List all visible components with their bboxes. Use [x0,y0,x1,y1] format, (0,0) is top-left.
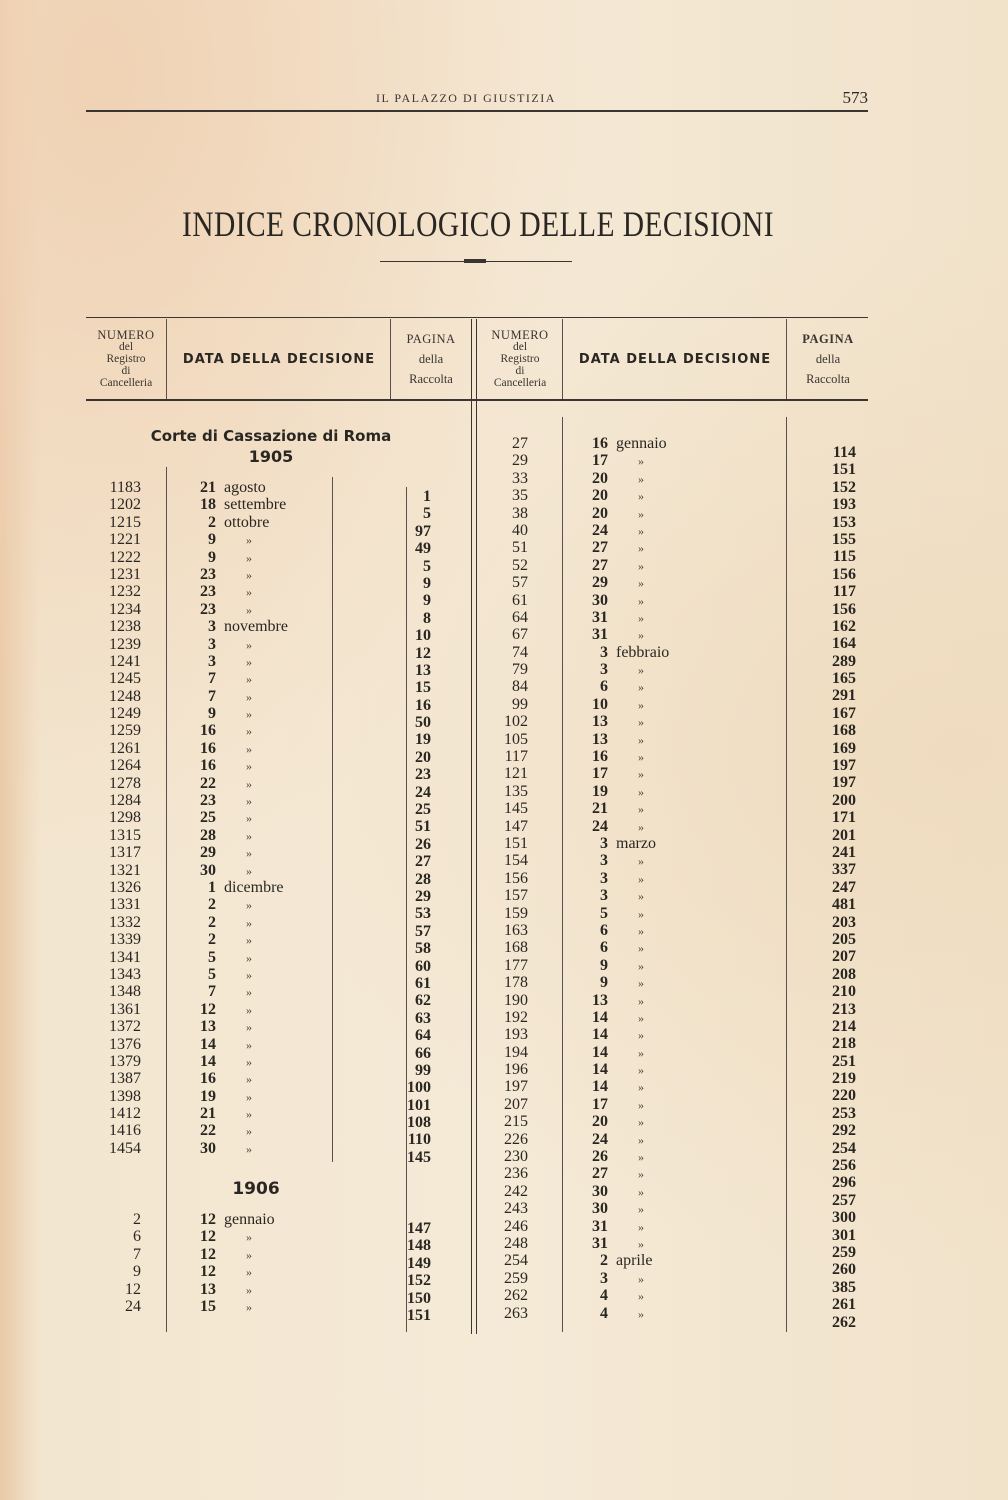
ditto-mark: » [234,550,264,567]
decision-day: 3 [578,835,608,852]
chronological-index-table: NUMERO del Registro di Cancelleria DATA … [86,317,868,1337]
table-row: 24230»257 [478,1183,868,1200]
decision-date: 2» [186,931,264,949]
decision-day: 30 [186,862,216,879]
ditto-mark: » [234,584,264,601]
decision-day: 19 [186,1088,216,1105]
table-row: 120218settembre5 [86,496,461,513]
decision-date: 20» [578,1113,656,1131]
table-row: 19614»219 [478,1061,868,1078]
table-row: 19214»214 [478,1009,868,1026]
decision-day: 24 [578,818,608,835]
decision-day: 21 [186,1105,216,1122]
registro-number: 6 [86,1228,141,1245]
table-row: 612»148 [86,1228,461,1245]
decision-date: 6» [578,939,656,957]
ditto-mark: » [234,828,264,845]
decision-date: 16» [186,1070,264,1088]
table-row: 24631»301 [478,1218,868,1235]
registro-number: 40 [478,522,528,539]
decision-day: 31 [578,609,608,626]
decision-month: dicembre [224,879,284,896]
registro-number: 215 [478,1113,528,1130]
column-rule [390,319,391,399]
decision-day: 6 [578,939,608,956]
table-row: 123423»8 [86,601,461,618]
table-row: 137614»66 [86,1036,461,1053]
decision-date: 26» [578,1148,656,1166]
registro-number: 259 [478,1270,528,1287]
registro-number: 197 [478,1078,528,1095]
decision-day: 14 [578,1026,608,1043]
registro-number: 246 [478,1218,528,1235]
decision-date: 12» [186,1228,264,1246]
decision-date: 31» [578,1218,656,1236]
table-row: 23026»256 [478,1148,868,1165]
registro-number: 1339 [86,931,141,948]
table-row: 24831»259 [478,1235,868,1252]
decision-day: 10 [578,696,608,713]
registro-number: 168 [478,939,528,956]
ditto-mark: » [234,532,264,549]
ditto-mark: » [234,567,264,584]
registro-number: 79 [478,661,528,678]
decision-day: 4 [578,1287,608,1304]
decision-date: 25» [186,809,264,827]
ditto-mark: » [626,1166,656,1183]
decision-day: 23 [186,601,216,618]
registro-number: 1249 [86,705,141,722]
ditto-mark: » [234,1037,264,1054]
ditto-mark: » [234,1282,264,1299]
registro-number: 2 [86,1211,141,1228]
decision-day: 31 [578,1235,608,1252]
decision-date: 23» [186,566,264,584]
decision-date: 14» [186,1036,264,1054]
decision-date: 24» [578,1131,656,1149]
decision-day: 30 [578,1200,608,1217]
table-row: 3820»153 [478,505,868,522]
ditto-mark: » [626,784,656,801]
decision-date: 30» [186,862,264,880]
right-1906-entries: 2716gennaio1142917»1513320»1523520»19338… [478,435,868,1322]
registro-number: 7 [86,1246,141,1263]
left-1906-entries: 212gennaio147612»148712»149912»1521213»1… [86,1211,461,1315]
decision-date: 13» [578,731,656,749]
decision-date: 9» [578,974,656,992]
registro-number: 1387 [86,1070,141,1087]
header-data-left: DATA DELLA DECISIONE [168,321,390,397]
column-rule [562,319,563,399]
decision-day: 27 [578,539,608,556]
ditto-mark: » [234,637,264,654]
decision-date: 23» [186,792,264,810]
ditto-mark: » [234,1106,264,1123]
table-row: 1636»205 [478,922,868,939]
ditto-mark: » [234,1264,264,1281]
ditto-mark: » [626,1132,656,1149]
table-row: 2634»262 [478,1305,868,1322]
decision-date: 6» [578,678,656,696]
decision-day: 9 [578,957,608,974]
decision-month: novembre [224,618,288,635]
registro-number: 1215 [86,514,141,531]
ditto-mark: » [626,940,656,957]
decision-date: 27» [578,557,656,575]
decision-date: 17» [578,765,656,783]
decision-day: 6 [578,678,608,695]
decision-date: 27» [578,1165,656,1183]
registro-number: 1259 [86,722,141,739]
ditto-mark: » [626,506,656,523]
ditto-mark: » [234,741,264,758]
registro-number: 1298 [86,809,141,826]
registro-number: 207 [478,1096,528,1113]
decision-date: 3marzo [578,835,656,852]
decision-date: 16» [578,748,656,766]
decision-date: 12gennaio [186,1211,275,1228]
registro-number: 61 [478,592,528,609]
table-row: 2542aprile260 [478,1252,868,1269]
decision-date: 29» [578,574,656,592]
registro-number: 74 [478,644,528,661]
decision-date: 13» [186,1281,264,1299]
decision-date: 17» [578,452,656,470]
table-row: 6130»156 [478,592,868,609]
decision-day: 31 [578,1218,608,1235]
decision-date: 21agosto [186,479,266,496]
header-pagina-label: PAGINA [802,329,853,349]
court-heading: Corte di Cassazione di Roma [126,427,416,445]
table-row: 2624»261 [478,1287,868,1304]
decision-date: 14» [578,1061,656,1079]
registro-number: 12 [86,1281,141,1298]
registro-number: 1317 [86,844,141,861]
decision-month: aprile [616,1252,652,1269]
table-row: 10513»169 [478,731,868,748]
decision-date: 14» [578,1009,656,1027]
decision-date: 16» [186,740,264,758]
registro-number: 135 [478,783,528,800]
registro-number: 99 [478,696,528,713]
decision-month: ottobre [224,514,269,531]
decision-day: 31 [578,626,608,643]
decision-day: 14 [578,1061,608,1078]
decision-day: 1 [186,879,216,896]
table-row: 13392»58 [86,931,461,948]
registro-number: 52 [478,557,528,574]
decision-day: 26 [578,1148,608,1165]
table-row: 126416»23 [86,757,461,774]
registro-number: 248 [478,1235,528,1252]
decision-date: 28» [186,827,264,845]
title-ornament-divider [380,261,572,262]
registro-number: 1278 [86,775,141,792]
registro-number: 242 [478,1183,528,1200]
decision-day: 16 [186,757,216,774]
registro-number: 1332 [86,914,141,931]
decision-day: 14 [578,1044,608,1061]
table-row: 712»149 [86,1246,461,1263]
ditto-mark: » [626,1062,656,1079]
registro-number: 177 [478,957,528,974]
registro-number: 117 [478,748,528,765]
decision-date: 7» [186,688,264,706]
table-row: 125916»19 [86,722,461,739]
table-row: 743febbraio289 [478,644,868,661]
decision-date: 18settembre [186,496,286,513]
table-row: 5729»117 [478,574,868,591]
year-heading-1906: 1906 [186,1179,326,1199]
decision-date: 12» [186,1263,264,1281]
ditto-mark: » [626,714,656,731]
ditto-mark: » [626,1288,656,1305]
decision-day: 4 [578,1305,608,1322]
table-row: 1779»208 [478,957,868,974]
left-1905-entries: 118321agosto1120218settembre512152ottobr… [86,479,461,1157]
decision-date: 9» [186,531,264,549]
decision-day: 23 [186,792,216,809]
table-row: 126116»20 [86,740,461,757]
decision-date: 31» [578,1235,656,1253]
header-pagina-left: PAGINA della Raccolta [392,321,470,397]
decision-date: 3novembre [186,618,288,635]
decision-day: 3 [578,1270,608,1287]
table-row: 123123»9 [86,566,461,583]
decision-day: 27 [578,1165,608,1182]
decision-day: 16 [186,722,216,739]
header-numero-sub: Registro [107,353,146,365]
header-numero-sub: del [513,341,527,353]
table-row: 4024»155 [478,522,868,539]
decision-month: febbraio [616,644,669,661]
ditto-mark: » [626,697,656,714]
table-row: 12487»16 [86,688,461,705]
decision-date: 21» [186,1105,264,1123]
registro-number: 1238 [86,618,141,635]
table-row: 19013»213 [478,992,868,1009]
table-row: 131528»26 [86,827,461,844]
decision-day: 16 [578,435,608,452]
ditto-mark: » [234,1089,264,1106]
decision-date: 19» [186,1088,264,1106]
decision-day: 20 [578,1113,608,1130]
registro-number: 38 [478,505,528,522]
table-row: 1686»207 [478,939,868,956]
registro-number: 1234 [86,601,141,618]
registro-number: 1231 [86,566,141,583]
table-row: 12457»15 [86,670,461,687]
table-row: 131729»27 [86,844,461,861]
decision-day: 21 [578,800,608,817]
decision-day: 16 [186,740,216,757]
registro-number: 1454 [86,1140,141,1157]
registro-number: 24 [86,1298,141,1315]
table-row: 13519»200 [478,783,868,800]
column-rule [786,319,787,399]
table-row: 136112»63 [86,1001,461,1018]
ditto-mark: » [626,662,656,679]
decision-day: 19 [578,783,608,800]
ditto-mark: » [626,1236,656,1253]
decision-date: 6» [578,922,656,940]
decision-day: 3 [578,644,608,661]
header-numero-sub: di [516,365,525,377]
ditto-mark: » [626,1219,656,1236]
registro-number: 226 [478,1131,528,1148]
table-row: 13322»57 [86,914,461,931]
ditto-mark: » [234,845,264,862]
decision-date: 2aprile [578,1252,652,1269]
table-row: 12383novembre10 [86,618,461,635]
decision-day: 24 [578,1131,608,1148]
table-row: 20717»253 [478,1096,868,1113]
table-row: 141221»108 [86,1105,461,1122]
decision-date: 19» [578,783,656,801]
decision-month: gennaio [224,1211,275,1228]
decision-date: 13» [186,1018,264,1036]
registro-number: 1412 [86,1105,141,1122]
decision-date: 14» [578,1078,656,1096]
decision-date: 16gennaio [578,435,667,452]
decision-day: 13 [186,1281,216,1298]
ditto-mark: » [626,523,656,540]
decision-date: 16» [186,722,264,740]
ditto-mark: » [626,993,656,1010]
ditto-mark: » [626,749,656,766]
ditto-mark: » [234,706,264,723]
registro-number: 1372 [86,1018,141,1035]
ditto-mark: » [626,766,656,783]
decision-day: 12 [186,1001,216,1018]
registro-number: 193 [478,1026,528,1043]
decision-date: 5» [186,949,264,967]
raccolta-page: 151 [407,1307,431,1324]
decision-date: 14» [578,1026,656,1044]
ditto-mark: » [626,906,656,923]
registro-number: 9 [86,1263,141,1280]
table-row: 118321agosto1 [86,479,461,496]
decision-day: 13 [578,713,608,730]
table-row: 137914»99 [86,1053,461,1070]
decision-date: 24» [578,818,656,836]
table-row: 12499»50 [86,705,461,722]
decision-date: 20» [578,470,656,488]
registro-number: 236 [478,1165,528,1182]
ditto-mark: » [626,610,656,627]
registro-number: 145 [478,800,528,817]
decision-day: 23 [186,566,216,583]
column-rule [166,319,167,399]
table-row: 2593»385 [478,1270,868,1287]
decision-date: 17» [578,1096,656,1114]
header-numero-sub: Cancelleria [494,377,546,389]
decision-date: 21» [578,800,656,818]
ditto-mark: » [234,1141,264,1158]
registro-number: 64 [478,609,528,626]
decision-date: 3» [578,870,656,888]
table-row: 19314»218 [478,1026,868,1043]
registro-number: 192 [478,1009,528,1026]
table-row: 1563»247 [478,870,868,887]
registro-number: 196 [478,1061,528,1078]
year-heading-1905: 1905 [196,447,346,466]
table-row: 6431»162 [478,609,868,626]
decision-date: 27» [578,539,656,557]
decision-date: 14» [578,1044,656,1062]
table-row: 13312»53 [86,896,461,913]
table-row: 141622»110 [86,1122,461,1139]
table-row: 12219»49 [86,531,461,548]
decision-day: 3 [578,661,608,678]
table-row: 2716gennaio114 [478,435,868,452]
ditto-mark: » [234,1299,264,1316]
decision-day: 2 [578,1252,608,1269]
registro-number: 51 [478,539,528,556]
table-row: 22624»254 [478,1131,868,1148]
registro-number: 1326 [86,879,141,896]
table-row: 3320»152 [478,470,868,487]
ditto-mark: » [234,602,264,619]
decision-date: 13» [578,713,656,731]
header-data-right: DATA DELLA DECISIONE [564,321,786,397]
registro-number: 254 [478,1252,528,1269]
ditto-mark: » [234,654,264,671]
registro-number: 67 [478,626,528,643]
ditto-mark: » [234,1123,264,1140]
decision-day: 17 [578,452,608,469]
decision-day: 3 [186,636,216,653]
ditto-mark: » [234,984,264,1001]
registro-number: 33 [478,470,528,487]
decision-date: 9» [186,705,264,723]
ditto-mark: » [626,958,656,975]
decision-day: 14 [578,1009,608,1026]
table-row: 145430»145 [86,1140,461,1157]
decision-day: 20 [578,470,608,487]
header-bottom-rule [86,399,868,401]
table-row: 912»152 [86,1263,461,1280]
registro-number: 156 [478,870,528,887]
registro-number: 1348 [86,983,141,1000]
registro-number: 57 [478,574,528,591]
registro-number: 1239 [86,636,141,653]
registro-number: 1379 [86,1053,141,1070]
decision-date: 20» [578,505,656,523]
decision-day: 30 [578,592,608,609]
ditto-mark: » [234,671,264,688]
decision-day: 14 [186,1053,216,1070]
decision-month: settembre [224,496,286,513]
ditto-mark: » [626,1097,656,1114]
ditto-mark: » [626,1045,656,1062]
decision-date: 7» [186,983,264,1001]
ditto-mark: » [234,776,264,793]
ditto-mark: » [626,1149,656,1166]
decision-date: 12» [186,1001,264,1019]
registro-number: 1284 [86,792,141,809]
header-pagina-sub: Raccolta [409,369,453,389]
decision-date: 14» [186,1053,264,1071]
registro-number: 35 [478,487,528,504]
decision-date: 2ottobre [186,514,269,531]
registro-number: 29 [478,452,528,469]
table-row: 2415»151 [86,1298,461,1315]
decision-day: 22 [186,775,216,792]
decision-day: 5 [186,949,216,966]
table-row: 14724»201 [478,818,868,835]
raccolta-page: 262 [832,1314,856,1331]
